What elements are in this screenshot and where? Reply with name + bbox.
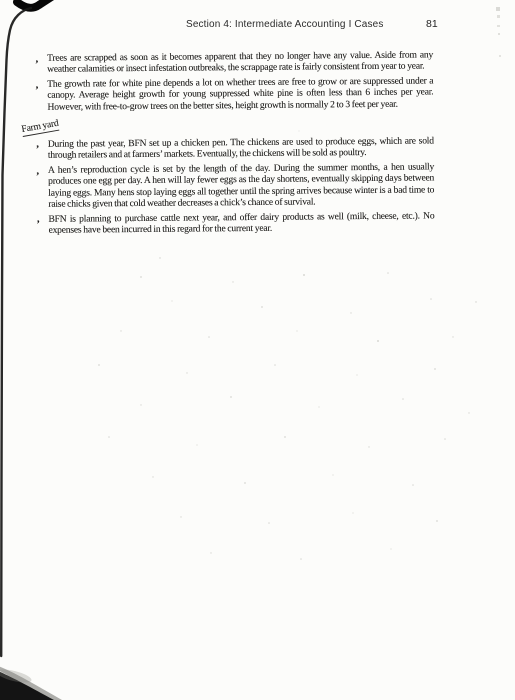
right-edge-marks bbox=[496, 7, 501, 57]
page-content: ‚ Trees are scrapped as soon as it becom… bbox=[22, 49, 435, 239]
page-number: 81 bbox=[426, 18, 438, 30]
list-item: ‚ Trees are scrapped as soon as it becom… bbox=[22, 49, 433, 75]
list-item: ‚ A hen’s reproduction cycle is set by t… bbox=[23, 161, 434, 210]
bullet-marker-icon: ‚ bbox=[36, 139, 40, 150]
bullet-marker-icon: ‚ bbox=[35, 79, 39, 90]
bottom-left-shadow bbox=[0, 666, 62, 700]
bullet-text-trees-scrapped: Trees are scrapped as soon as it becomes… bbox=[47, 49, 433, 75]
top-left-pen-mark bbox=[17, 0, 62, 8]
running-header-title: Section 4: Intermediate Accounting I Cas… bbox=[186, 19, 384, 30]
bullet-marker-icon: ‚ bbox=[35, 53, 39, 64]
list-item: ‚ During the past year, BFN set up a chi… bbox=[23, 135, 434, 161]
bullet-text-growth-rate: The growth rate for white pine depends a… bbox=[47, 76, 433, 113]
bullet-marker-icon: ‚ bbox=[36, 214, 40, 225]
bullet-text-chicken-pen: During the past year, BFN set up a chick… bbox=[48, 135, 434, 161]
farm-yard-heading-text: Farm yard bbox=[21, 118, 60, 137]
farm-yard-heading: Farm yard bbox=[21, 118, 60, 136]
list-item: ‚ The growth rate for white pine depends… bbox=[22, 76, 433, 113]
bullet-marker-icon: ‚ bbox=[36, 165, 40, 176]
bullet-text-cattle-plan: BFN is planning to purchase cattle next … bbox=[48, 210, 434, 236]
scanned-document-page: Section 4: Intermediate Accounting I Cas… bbox=[0, 0, 515, 700]
bullet-text-hen-cycle: A hen’s reproduction cycle is set by the… bbox=[48, 161, 434, 210]
list-item: ‚ BFN is planning to purchase cattle nex… bbox=[23, 210, 434, 236]
